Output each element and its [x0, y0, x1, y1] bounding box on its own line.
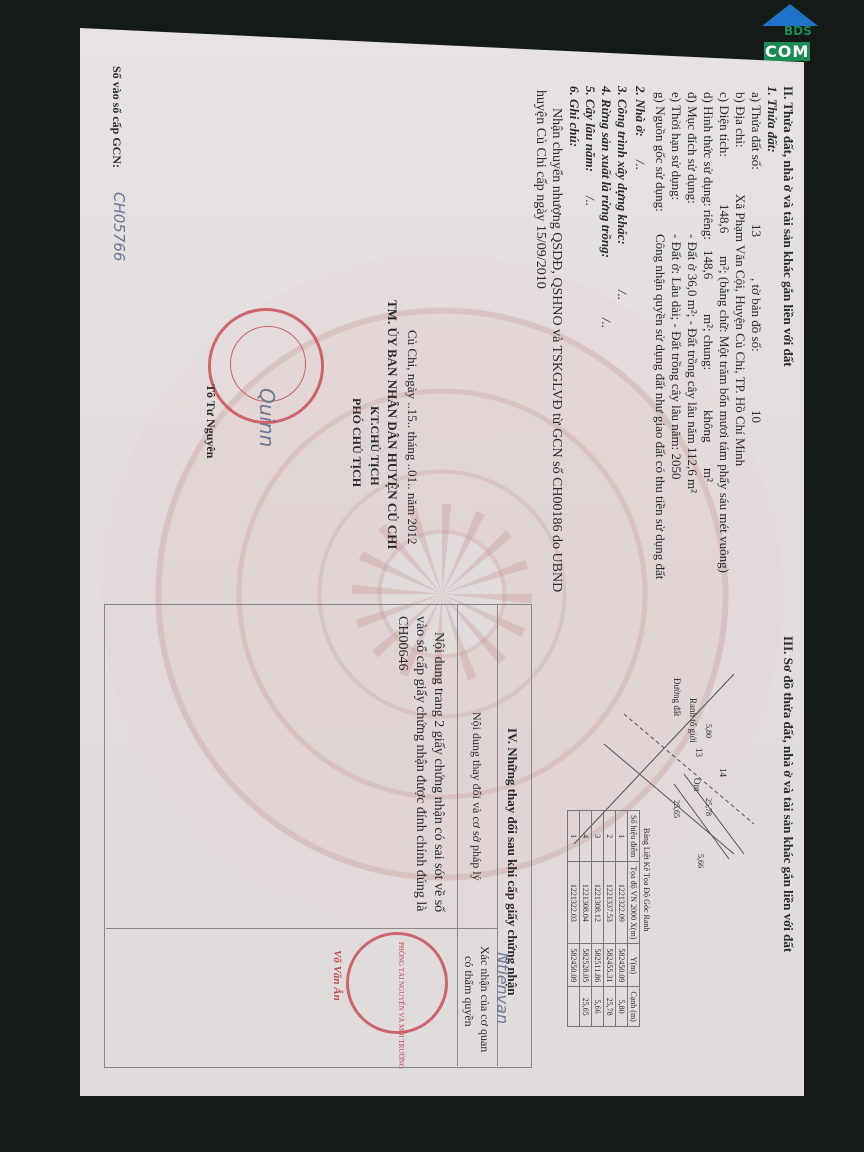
perennial-value: /..	[583, 196, 598, 206]
perennial-label: 5. Cây lâu năm:	[583, 86, 598, 172]
address-label: b) Địa chỉ:	[733, 92, 748, 148]
dim-1: 25,65	[669, 800, 684, 818]
cell: 582450.09	[568, 944, 580, 987]
cell: 5,66	[592, 987, 604, 1026]
section-iii-heading: III. Sơ đồ thửa đất, nhà ở và tài sản kh…	[781, 636, 796, 952]
usage-form-unit: m²	[701, 468, 716, 482]
confirm-column-header-1: Xác nhận của cơ quan	[477, 946, 492, 1052]
cell: 582528.05	[580, 944, 592, 987]
divider	[106, 928, 498, 929]
registry-number: CH05766	[111, 192, 126, 261]
cell: 3	[592, 811, 604, 862]
table-row: 3 1221308.12 582511.86 5,66	[592, 811, 604, 1027]
term-value: - Đất ở: Lâu dài; - Đất trồng cây lâu nă…	[669, 234, 684, 480]
cell: 25,65	[580, 987, 592, 1026]
table-row: 1 1221322.09 582450.09 5,80	[616, 811, 628, 1027]
signer-title: PHÓ CHỦ TỊCH	[349, 398, 364, 487]
coord-table: Số hiệu điểm Tọa độ VN 2000 X(m) Y(m) Cạ…	[567, 810, 640, 1027]
notes-line1: Nhận chuyển nhượng QSDĐ, QSHNO và TSKGLV…	[549, 108, 564, 592]
table-row: 2 1221337.53 582455.31 25,78	[604, 811, 616, 1027]
canal-label: Ranh tố giới	[685, 698, 700, 743]
usage-form-private: 148,6	[701, 250, 716, 279]
cell	[568, 987, 580, 1026]
area-words: m²; (bằng chữ: Một trăm bốn mươi tám phẩ…	[717, 256, 732, 573]
cell: 25,78	[604, 987, 616, 1026]
cell: 1221337.53	[604, 862, 616, 944]
header-x: Tọa độ VN 2000 X(m)	[628, 862, 640, 944]
usage-form-label: d) Hình thức sử dụng: riêng:	[701, 92, 716, 240]
map-sheet-label: , tờ bản đồ số:	[749, 278, 764, 352]
dim-4: 5,80	[701, 724, 716, 738]
cell: 1221322.03	[568, 862, 580, 944]
address-value: Xã Phạm Văn Cội, Huyện Củ Chi, TP. Hồ Ch…	[733, 194, 748, 466]
cell: 1221322.09	[616, 862, 628, 944]
purpose-label: đ) Mục đích sử dụng:	[685, 92, 700, 204]
signature: Quinn	[259, 388, 274, 447]
issue-date: Củ Chi, ngày ..15.. tháng ..01.. năm 201…	[405, 330, 420, 545]
confirm-handwriting: Ntlenvan	[495, 952, 510, 1024]
change-entry-line2: vào sổ cấp giấy chứng nhận được đính chí…	[413, 616, 428, 912]
house-value: /..	[633, 160, 648, 170]
cell: 5,80	[616, 987, 628, 1026]
signer-name: Tô Tư Nguyên	[203, 384, 218, 458]
house-icon	[762, 4, 818, 26]
notes-line2: huyện Củ Chi cấp ngày 15/09/2010	[533, 90, 548, 289]
department-signer: Võ Văn Ân	[329, 950, 344, 1001]
neighbor-parcel-label: 14	[715, 768, 730, 777]
issuing-authority: TM. ỦY BAN NHÂN DÂN HUYỆN CỦ CHI	[385, 300, 400, 549]
cell: 1	[616, 811, 628, 862]
divider	[457, 604, 458, 1066]
header-edge: Cạnh (m)	[628, 987, 640, 1026]
area-label: c) Diện tích:	[717, 92, 732, 157]
land-type-label: Ont	[689, 778, 704, 792]
cell: 582511.86	[592, 944, 604, 987]
kt-title: KT.CHỦ TỊCH	[367, 406, 382, 486]
header-point: Số hiệu điểm	[628, 811, 640, 862]
table-row: 4 1221308.04 582528.05 25,65	[580, 811, 592, 1027]
road-label: Đường đất	[669, 678, 684, 716]
coord-table-header: Số hiệu điểm Tọa độ VN 2000 X(m) Y(m) Cạ…	[628, 811, 640, 1027]
cell: 1221308.12	[592, 862, 604, 944]
map-sheet-value: 10	[749, 410, 764, 423]
term-label: e) Thời hạn sử dụng:	[669, 92, 684, 200]
dim-3: 5,66	[693, 854, 708, 868]
forest-value: /..	[599, 318, 614, 328]
header-y: Y(m)	[628, 944, 640, 987]
table-row: 1 1221322.03 582450.09	[568, 811, 580, 1027]
registry-label: Số vào sổ cấp GCN:	[109, 66, 124, 168]
changes-column-header: Nội dung thay đổi và cơ sở pháp lý	[469, 712, 484, 881]
origin-label: g) Nguồn gốc sử dụng:	[653, 92, 668, 212]
change-entry-line3: CH00646	[395, 616, 410, 670]
notes-label: 6. Ghi chú:	[567, 86, 582, 147]
cell: 4	[580, 811, 592, 862]
forest-label: 4. Rừng sản xuất là rừng trồng:	[599, 86, 614, 258]
parcel-number-label: a) Thửa đất số:	[749, 92, 764, 170]
cell: 2	[604, 811, 616, 862]
section-ii-heading: II. Thửa đất, nhà ở và tài sản khác gắn …	[781, 86, 796, 367]
confirm-column-header-2: có thẩm quyền	[461, 956, 476, 1027]
other-construction-value: /..	[615, 290, 630, 300]
parcel-number-label-map: 13	[691, 748, 706, 757]
coord-table-title: Bảng Liệt Kê Tọa Độ Góc Ranh	[639, 828, 654, 931]
other-construction-label: 3. Công trình xây dựng khác:	[615, 86, 630, 245]
section-ii-sub1: 1. Thửa đất:	[765, 86, 780, 153]
certificate-content: II. Thửa đất, nhà ở và tài sản khác gắn …	[80, 28, 804, 1096]
cell: 1221308.04	[580, 862, 592, 944]
area-value: 148,6	[717, 204, 732, 233]
house-label: 2. Nhà ở:	[633, 86, 648, 137]
origin-value: Công nhận quyền sử dụng đất như giao đất…	[653, 234, 668, 579]
usage-form-common-value: không	[701, 410, 716, 443]
purpose-value: - Đất ở 36,0 m²; - Đất trồng cây lâu năm…	[685, 234, 700, 493]
dim-2: 25,78	[701, 798, 716, 816]
cell: 582455.31	[604, 944, 616, 987]
cell: 582450.09	[616, 944, 628, 987]
usage-form-common-label: m²; chung:	[701, 314, 716, 370]
department-seal-text: PHÒNG TÀI NGUYÊN VÀ MÔI TRƯỜNG	[393, 942, 408, 1069]
change-entry-line1: Nội dung trang 2 giấy chứng nhận có sai …	[431, 632, 446, 912]
cell: 1	[568, 811, 580, 862]
parcel-number-value: 13	[749, 224, 764, 237]
